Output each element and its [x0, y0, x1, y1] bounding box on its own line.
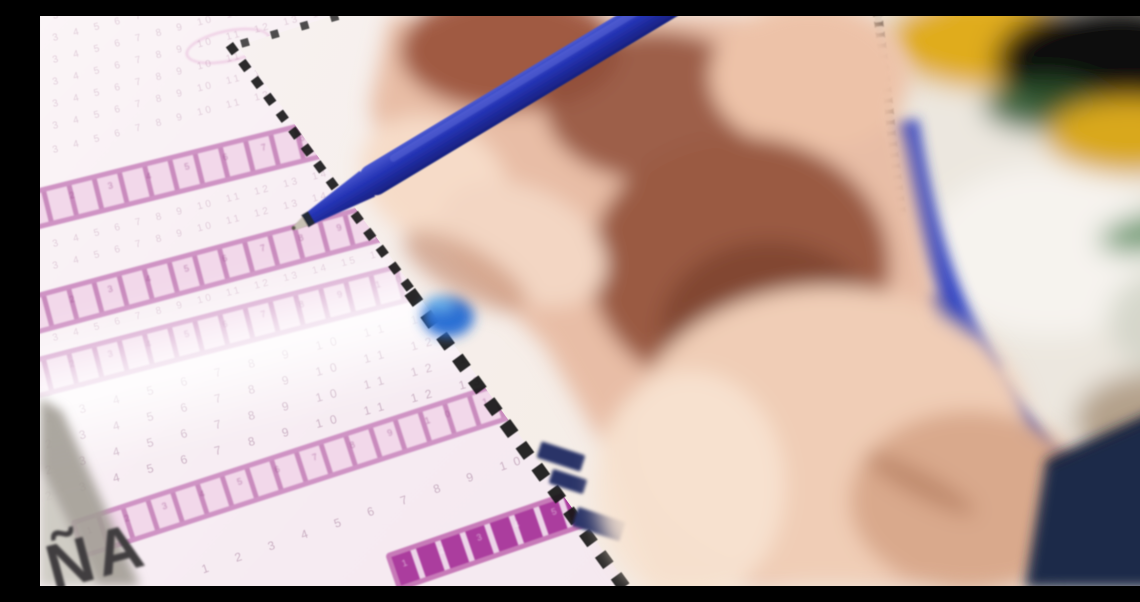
blue-ballpoint-pen	[40, 16, 1140, 586]
pen-barrel	[356, 16, 724, 199]
photo-canvas: 1 2 3 4 5 6 7 8 9 10 11 12 13 14 15 16 1…	[40, 16, 1140, 586]
